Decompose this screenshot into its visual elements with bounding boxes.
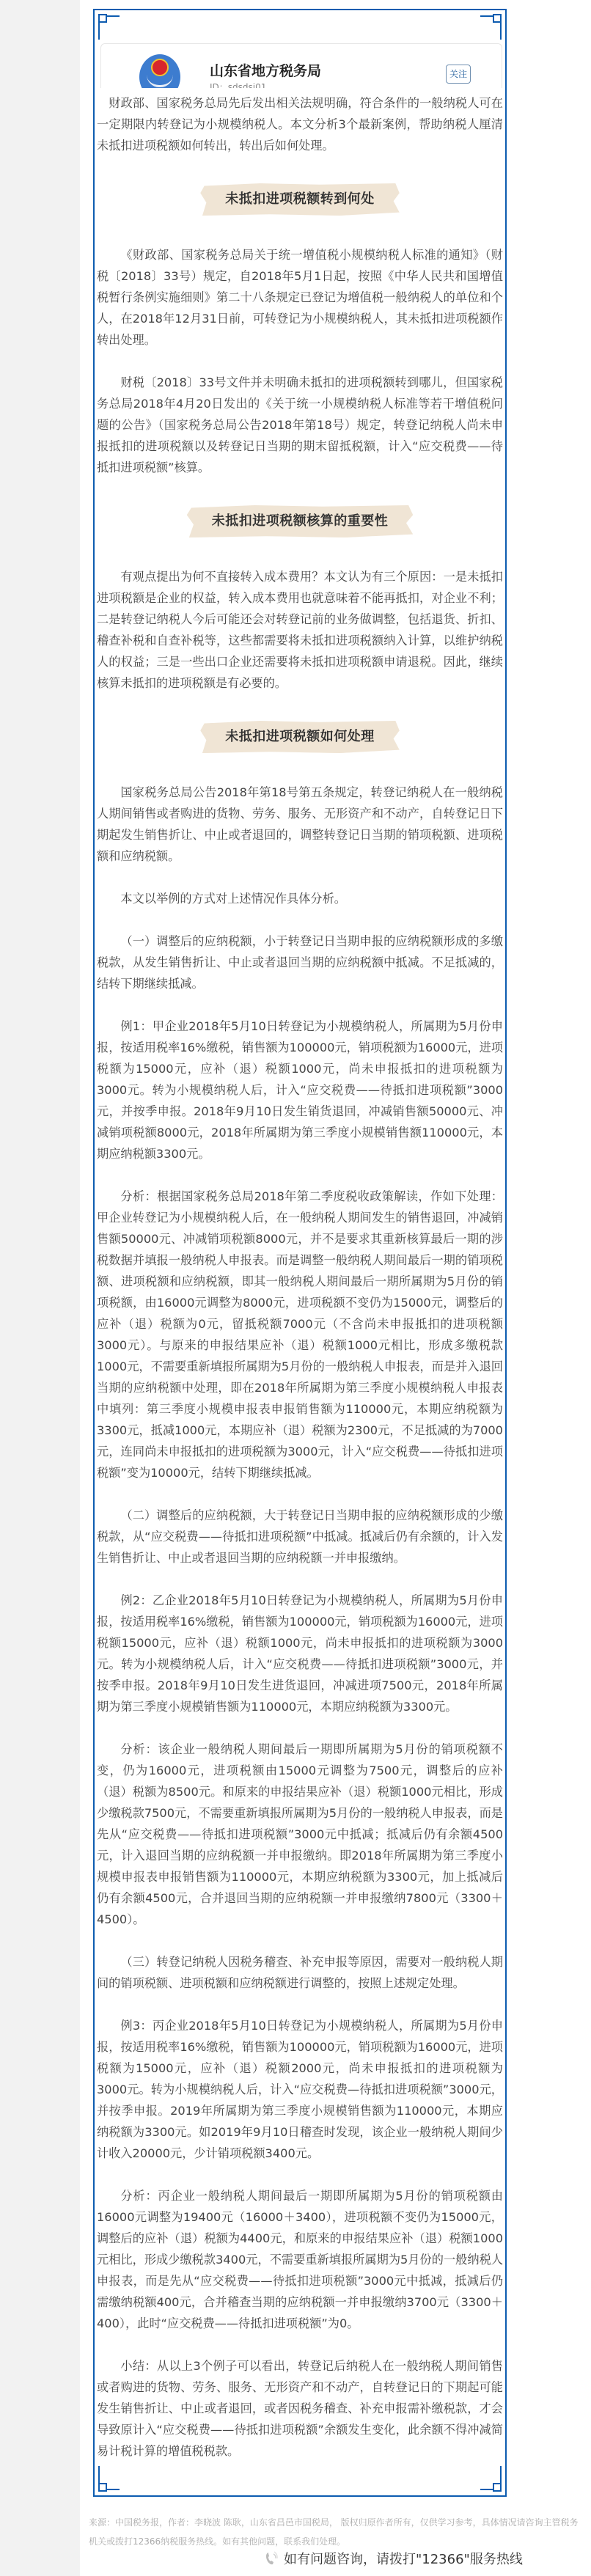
paragraph: （一）调整后的应纳税额，小于转登记日当期申报的应纳税额形成的多缴税款，从发生销售… (97, 931, 503, 994)
follow-button[interactable]: 关注 (446, 65, 471, 84)
account-name: 山东省地方税务局 (210, 60, 321, 80)
source-note: 来源：中国税务报，作者：李晓波 陈耿，山东省昌邑市国税局， 版权归原作者所有，仅… (89, 2513, 584, 2551)
article-frame: 山东省地方税务局 ID：sdsdsj01 关注 财政部、国家税务总局先后发出相关… (93, 9, 507, 2497)
wreath-icon (147, 75, 173, 87)
example-paragraph: 例1：甲企业2018年5月10日转登记为小规模纳税人，所属期为5月份申报，按适用… (97, 1016, 503, 1164)
example-paragraph: 例2：乙企业2018年5月10日转登记为小规模纳税人，所属期为5月份申报，按适用… (97, 1590, 503, 1717)
paragraph: 本文以举例的方式对上述情况作具体分析。 (97, 888, 503, 909)
paragraph: （三）转登记纳税人因税务稽查、补充申报等原因，需要对一般纳税人期间的销项税额、进… (97, 1951, 503, 1994)
national-emblem-icon (151, 59, 169, 76)
hotline-banner: 如有问题咨询，请拨打"12366"服务热线 (265, 2549, 523, 2569)
section-heading-label: 未抵扣进项税额转到何处 (225, 191, 375, 207)
paragraph: 《财政部、国家税务总局关于统一增值税小规模纳税人标准的通知》（财税〔2018〕3… (97, 244, 503, 351)
fret-corner-icon (480, 13, 502, 40)
left-gutter (0, 0, 80, 2576)
section-heading-2: 未抵扣进项税额核算的重要性 (97, 499, 503, 545)
article-body: 财政部、国家税务总局先后发出相关法规明确，符合条件的一般纳税人可在一定期限内转登… (97, 92, 503, 2483)
section-heading-3: 未抵扣进项税额如何处理 (97, 715, 503, 760)
summary-paragraph: 小结：从以上3个例子可以看出，转登记后纳税人在一般纳税人期间销售或者购进的货物、… (97, 2355, 503, 2462)
section-heading-label: 未抵扣进项税额核算的重要性 (212, 513, 389, 529)
example-paragraph: 例3：丙企业2018年5月10日转登记为小规模纳税人，所属期为5月份申报，按适用… (97, 2015, 503, 2164)
intro-paragraph: 财政部、国家税务总局先后发出相关法规明确，符合条件的一般纳税人可在一定期限内转登… (97, 92, 503, 156)
fret-corner-icon (98, 13, 120, 40)
phone-icon (265, 2551, 278, 2569)
section-heading-1: 未抵扣进项税额转到何处 (97, 177, 503, 223)
heading-banner: 未抵扣进项税额如何处理 (200, 721, 400, 753)
heading-banner: 未抵扣进项税额转到何处 (200, 183, 400, 216)
paragraph: （二）调整后的应纳税额，大于转登记日当期申报的应纳税额形成的少缴税款，从“应交税… (97, 1505, 503, 1568)
tax-bureau-emblem-icon (139, 54, 180, 88)
paragraph: 国家税务总局公告2018年第18号第五条规定，转登记纳税人在一般纳税人期间销售或… (97, 782, 503, 867)
account-id: ID：sdsdsj01 (210, 81, 266, 88)
paragraph: 有观点提出为何不直接转入成本费用？本文认为有三个原因：一是未抵扣进项税额是企业的… (97, 566, 503, 694)
account-card[interactable]: 山东省地方税务局 ID：sdsdsj01 关注 (100, 43, 502, 88)
analysis-paragraph: 分析：根据国家税务总局2018年第二季度税收政策解读，作如下处理：甲企业转登记为… (97, 1186, 503, 1483)
analysis-paragraph: 分析：丙企业一般纳税人期间最后一期即所属期为5月份的销项税额由16000元调整为… (97, 2185, 503, 2334)
section-heading-label: 未抵扣进项税额如何处理 (225, 729, 375, 744)
heading-banner: 未抵扣进项税额核算的重要性 (187, 505, 414, 537)
analysis-paragraph: 分析：该企业一般纳税人期间最后一期即所属期为5月份的销项税额不变，仍为16000… (97, 1739, 503, 1930)
hotline-text: 如有问题咨询，请拨打"12366"服务热线 (284, 2552, 523, 2567)
paragraph: 财税〔2018〕33号文件并未明确未抵扣的进项税额转到哪儿，但国家税务总局201… (97, 372, 503, 478)
